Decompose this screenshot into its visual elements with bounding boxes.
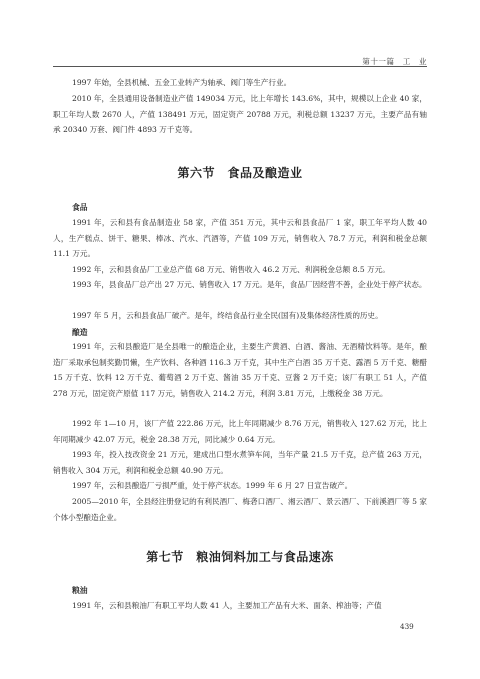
section-title: 第七节 粮油饲料加工与食品速冻 xyxy=(0,548,480,565)
paragraph: 1991 年，云和县粮油厂有职工平均人数 41 人，主要加工产品有大米、面条、榨… xyxy=(53,598,427,614)
paragraph: 1991 年，云和县酿造厂是全县唯一的酿造企业，主要生产黄酒、白酒、酱油、无酒精… xyxy=(53,339,427,401)
paragraph: 1997 年，云和县酿造厂亏损严重，处于停产状态。1999 年 6 月 27 日… xyxy=(53,478,427,494)
paragraph: 1992 年 1—10 月，该厂产值 222.86 万元，比上年同期减少 8.7… xyxy=(53,416,427,447)
paragraph: 1993 年，县食品厂总产出 27 万元、销售收入 17 万元。是年，食品厂因经… xyxy=(53,277,427,293)
paragraph: 1997 年始，全县机械、五金工业转产为轴承、阀门等生产行业。 xyxy=(53,75,427,91)
paragraph: 2010 年，全县通用设备制造业产值 149034 万元，比上年增长 143.6… xyxy=(53,91,427,138)
subheading-food: 食品 xyxy=(72,202,88,213)
paragraph: 1993 年，投入技改资金 21 万元，建成出口型水煮笋车间，当年产量 21.5… xyxy=(53,447,427,478)
paragraph: 1997 年 5 月，云和县食品厂破产。是年，终结食品行业全民(国有)及集体经济… xyxy=(53,308,427,324)
header-rule xyxy=(53,66,427,67)
page-number: 439 xyxy=(400,622,414,631)
subheading-grain-oil: 粮油 xyxy=(72,585,88,596)
paragraph: 1991 年，云和县有食品制造业 58 家，产值 351 万元，其中云和县食品厂… xyxy=(53,215,427,262)
paragraph: 1992 年，云和县食品厂工业总产值 68 万元、销售收入 46.2 万元、利润… xyxy=(53,262,427,278)
subheading-brewing: 酿造 xyxy=(72,327,88,338)
paragraph: 2005—2010 年，全县经注册登记的有利民酒厂、梅砻口酒厂、湘云酒厂、景云酒… xyxy=(53,494,427,525)
section-title: 第六节 食品及酿造业 xyxy=(0,164,480,181)
